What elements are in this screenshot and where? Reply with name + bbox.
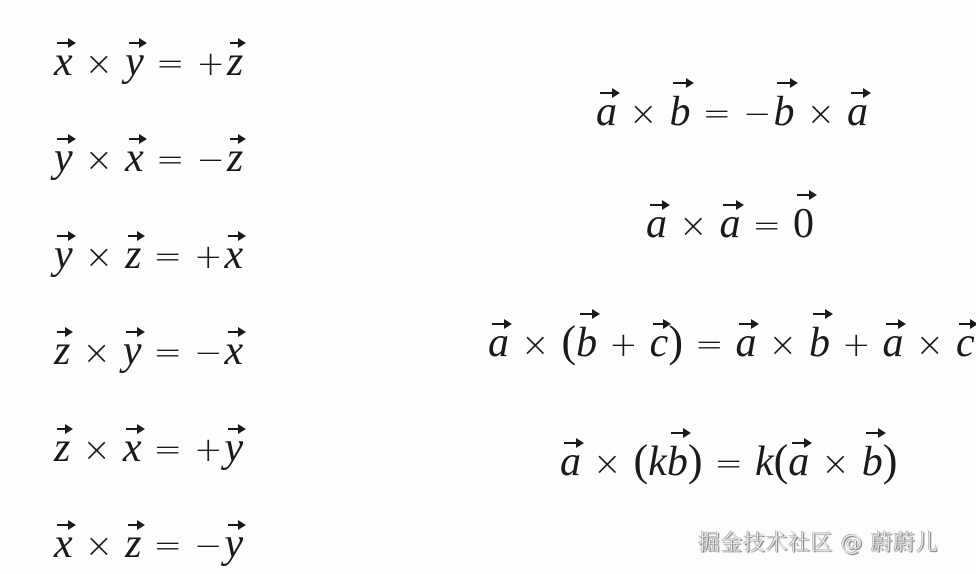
sign: + xyxy=(194,233,223,281)
left-paren: ( xyxy=(634,437,649,485)
formula-sheet: x × y = + z y × x = − z y × z = + x z × … xyxy=(0,0,976,574)
equals-sign: = xyxy=(714,440,743,488)
sign: − xyxy=(196,136,225,184)
vector-x: x xyxy=(123,424,142,472)
vector-y: y xyxy=(225,424,244,472)
vector-z: z xyxy=(54,424,70,472)
right-paren: ) xyxy=(688,437,703,485)
scalar-k: k xyxy=(648,438,667,486)
equation-z-cross-x: z × x = + y xyxy=(54,424,243,474)
sign: − xyxy=(194,522,223,570)
cross-operator: × xyxy=(82,426,111,474)
equation-z-cross-y: z × y = − x xyxy=(54,327,243,377)
cross-operator: × xyxy=(629,90,658,138)
cross-operator: × xyxy=(82,329,111,377)
vector-b: b xyxy=(670,88,691,136)
equals-sign: = xyxy=(156,136,185,184)
equation-x-cross-y: x × y = + z xyxy=(54,38,243,88)
cross-operator: × xyxy=(85,136,114,184)
vector-b: b xyxy=(576,319,597,367)
plus-operator: + xyxy=(609,321,638,369)
vector-a: a xyxy=(596,88,617,136)
cross-operator: × xyxy=(679,202,708,250)
cross-operator: × xyxy=(593,440,622,488)
vector-x: x xyxy=(225,231,244,279)
vector-x: x xyxy=(225,327,244,375)
vector-a: a xyxy=(646,200,667,248)
right-paren: ) xyxy=(883,437,898,485)
equals-sign: = xyxy=(156,40,185,88)
cross-operator: × xyxy=(85,233,114,281)
vector-y: y xyxy=(54,231,73,279)
sign: + xyxy=(194,426,223,474)
left-paren: ( xyxy=(774,437,789,485)
vector-y: y xyxy=(125,38,144,86)
equals-sign: = xyxy=(154,522,183,570)
vector-b: b xyxy=(667,438,688,486)
cross-operator: × xyxy=(915,321,944,369)
cross-operator: × xyxy=(768,321,797,369)
equation-x-cross-z: x × z = − y xyxy=(54,520,243,570)
scalar-k: k xyxy=(755,438,774,486)
equation-y-cross-z: y × z = + x xyxy=(54,231,243,281)
equals-sign: = xyxy=(703,90,732,138)
vector-y: y xyxy=(123,327,142,375)
sign: + xyxy=(196,40,225,88)
equals-sign: = xyxy=(753,202,782,250)
equation-distributive: a × ( b + c ) = a × b + a × c xyxy=(488,318,975,369)
vector-a: a xyxy=(847,88,868,136)
cross-operator: × xyxy=(521,321,550,369)
sign: − xyxy=(194,329,223,377)
vector-x: x xyxy=(54,38,73,86)
vector-a: a xyxy=(488,319,509,367)
watermark: 掘金技术社区 @ 蔚蔚儿 xyxy=(698,526,938,557)
equation-scalar-multiplication: a × ( k b ) = k ( a × b ) xyxy=(560,437,897,488)
vector-c: c xyxy=(956,319,975,367)
vector-x: x xyxy=(54,520,73,568)
vector-a: a xyxy=(735,319,756,367)
vector-z: z xyxy=(227,134,243,182)
vector-z: z xyxy=(125,231,141,279)
vector-b: b xyxy=(774,88,795,136)
vector-b: b xyxy=(809,319,830,367)
cross-operator: × xyxy=(85,522,114,570)
vector-b: b xyxy=(862,438,883,486)
equals-sign: = xyxy=(154,233,183,281)
vector-a: a xyxy=(720,200,741,248)
cross-operator: × xyxy=(821,440,850,488)
zero-vector: 0 xyxy=(793,200,814,248)
vector-x: x xyxy=(125,134,144,182)
vector-c: c xyxy=(650,319,669,367)
vector-z: z xyxy=(227,38,243,86)
vector-y: y xyxy=(225,520,244,568)
left-paren: ( xyxy=(562,318,577,366)
cross-operator: × xyxy=(85,40,114,88)
equation-anticommutative: a × b = − b × a xyxy=(596,88,868,138)
vector-y: y xyxy=(54,134,73,182)
vector-a: a xyxy=(882,319,903,367)
vector-z: z xyxy=(125,520,141,568)
vector-z: z xyxy=(54,327,70,375)
equals-sign: = xyxy=(154,426,183,474)
vector-a: a xyxy=(560,438,581,486)
cross-operator: × xyxy=(807,90,836,138)
vector-a: a xyxy=(788,438,809,486)
equals-sign: = xyxy=(695,321,724,369)
sign: − xyxy=(743,90,772,138)
equation-self-product: a × a = 0 xyxy=(646,200,814,250)
plus-operator: + xyxy=(842,321,871,369)
equation-y-cross-x: y × x = − z xyxy=(54,134,243,184)
equals-sign: = xyxy=(154,329,183,377)
